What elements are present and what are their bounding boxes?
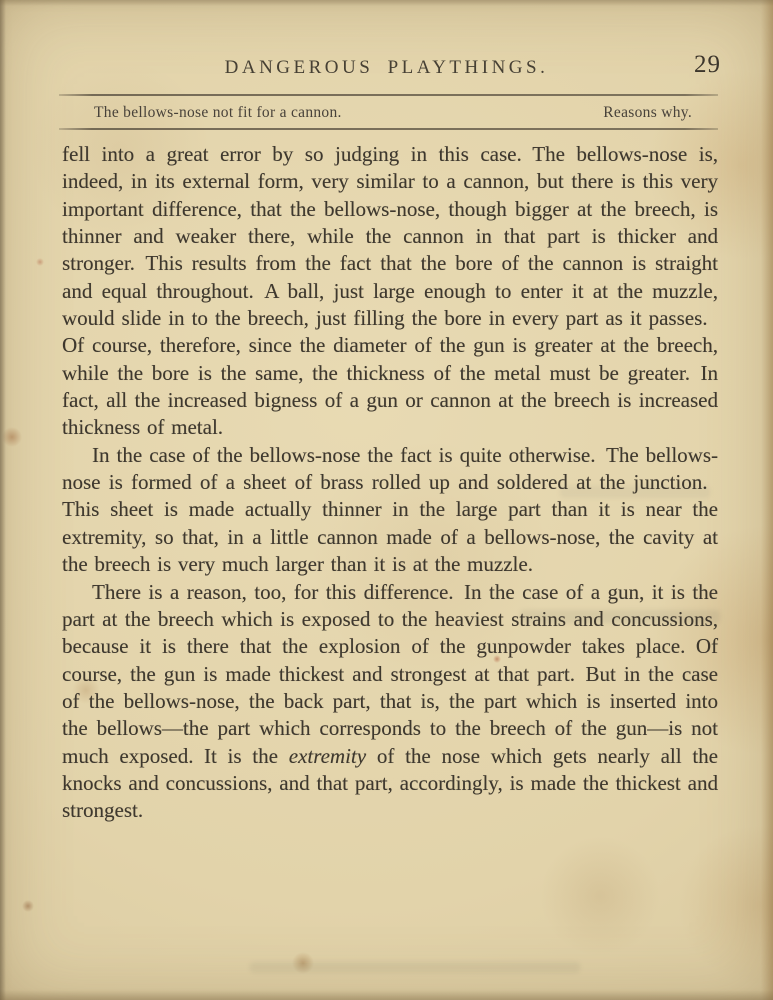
page-edge-bottom — [0, 990, 773, 1000]
page-text: fell into a great error by so judging in… — [62, 141, 718, 825]
running-title: DANGEROUS PLAYTHINGS. — [0, 57, 773, 79]
header-rule-bottom — [59, 128, 718, 130]
page-edge-top — [0, 0, 773, 6]
page-number: 29 — [694, 51, 721, 79]
header-rule-top — [59, 94, 718, 96]
italic-text: extremity — [289, 744, 366, 768]
running-heads: The bellows-nose not fit for a cannon. R… — [59, 104, 718, 122]
page-edge-left — [0, 0, 6, 1000]
paragraph: In the case of the bellows-nose the fact… — [62, 442, 718, 579]
running-head-left: The bellows-nose not fit for a cannon. — [94, 104, 342, 122]
page-edge-right — [761, 0, 773, 1000]
body-text-segment: There is a reason, too, for this differe… — [62, 580, 718, 768]
ink-bleed-through — [250, 962, 580, 973]
body-text-segment: fell into a great error by so judging in… — [62, 142, 718, 439]
paragraph: fell into a great error by so judging in… — [62, 141, 718, 442]
book-page-scan: DANGEROUS PLAYTHINGS. 29 The bellows-nos… — [0, 0, 773, 1000]
body-text-segment: In the case of the bellows-nose the fact… — [62, 443, 718, 576]
paragraph: There is a reason, too, for this differe… — [62, 579, 718, 825]
running-head-right: Reasons why. — [603, 104, 692, 122]
